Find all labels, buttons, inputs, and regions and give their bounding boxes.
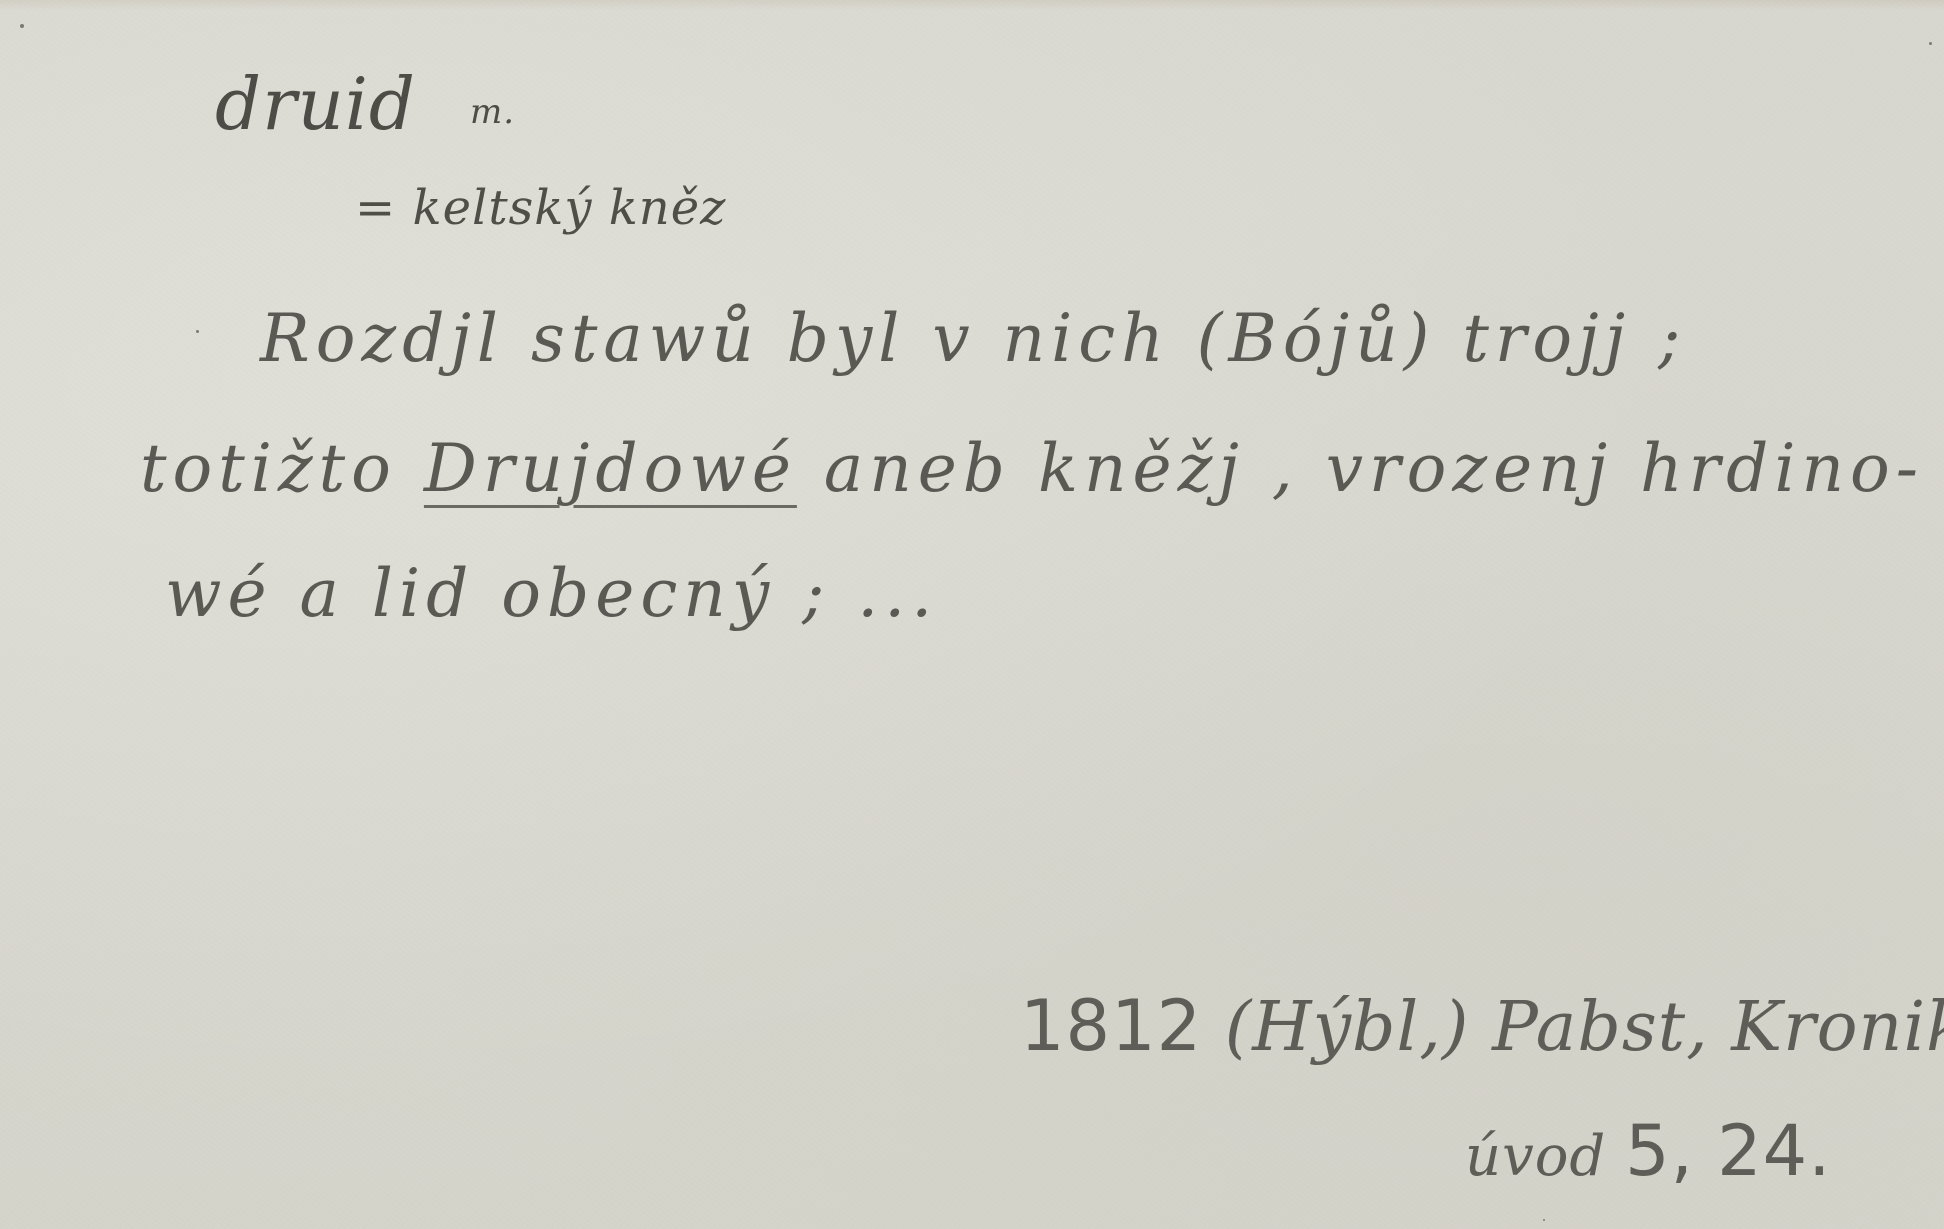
citation-author-work: Pabst, Kronika 1. bbox=[1492, 988, 1944, 1067]
definition: = keltský kněz bbox=[355, 180, 726, 236]
citation-location-label: úvod bbox=[1465, 1124, 1606, 1189]
quotation-line-1: Rozdjl stawů byl v nich (Bójů) trojj ; bbox=[260, 300, 1686, 377]
grammatical-gender: m. bbox=[470, 92, 515, 132]
citation-editor: (Hýbl,) bbox=[1225, 988, 1470, 1067]
paper-speck bbox=[20, 24, 24, 28]
citation-location: úvod 5, 24. bbox=[1465, 1110, 1831, 1192]
citation-location-numbers: 5, 24. bbox=[1625, 1110, 1831, 1192]
headword: druid bbox=[215, 62, 416, 146]
quotation-line-2-before: totižto bbox=[140, 430, 424, 507]
quotation-line-2: totižto Drujdowé aneb kněžj , vrozenj hr… bbox=[140, 430, 1924, 507]
citation-source: 1812 (Hýbl,) Pabst, Kronika 1. bbox=[1020, 985, 1944, 1067]
quotation-line-2-after: aneb kněžj , vrozenj hrdino- bbox=[797, 430, 1924, 507]
dictionary-slip: druid m. = keltský kněz Rozdjl stawů byl… bbox=[0, 0, 1944, 1229]
paper-speck bbox=[1543, 1219, 1545, 1221]
citation-year: 1812 bbox=[1020, 985, 1202, 1067]
paper-speck bbox=[1929, 42, 1932, 45]
underlined-headword-form: Drujdowé bbox=[424, 430, 797, 507]
quotation-line-3: wé a lid obecný ; ... bbox=[165, 555, 938, 632]
paper-speck bbox=[196, 330, 199, 333]
